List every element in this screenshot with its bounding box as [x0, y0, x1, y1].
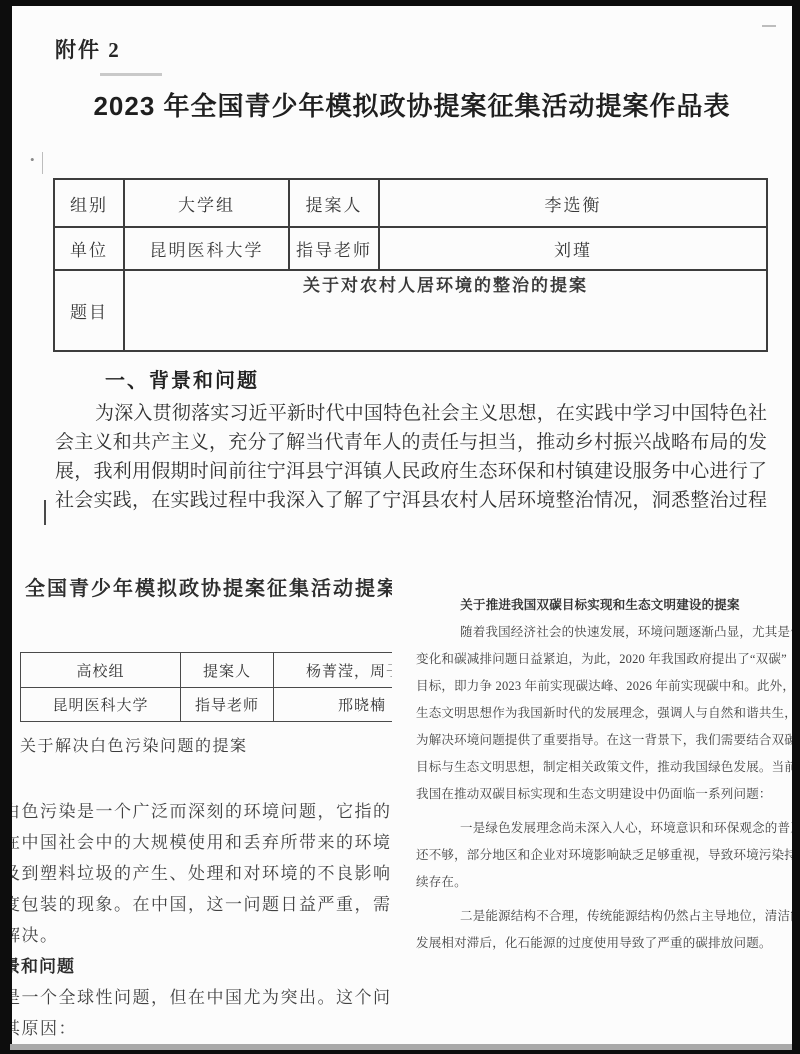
paragraph-line: 在中国社会中的大规模使用和丢弃所带来的环境: [12, 827, 392, 858]
advisor-value: 刘瑾: [379, 227, 767, 270]
paragraph-line: 其原因：: [12, 1013, 392, 1044]
paragraph-line: 会主义和共产主义，充分了解当代青年人的责任与担当，推动乡村振兴战略布局的发: [55, 428, 767, 457]
paragraph-line: 为解决环境问题提供了重要指导。在这一背景下，我们需要结合双碳: [416, 727, 784, 754]
paragraph-line: 白色污染是一个广泛而深刻的环境问题，它指的: [12, 796, 392, 827]
topic-title: 关于对农村人居环境的整治的提案: [124, 270, 767, 351]
left-document-fragment: 全国青少年模拟政协提案征集活动提案 高校组 提案人 杨菁滢，周子扬 昆明医科大学…: [12, 556, 392, 1044]
scan-artifact-dash: [100, 73, 162, 76]
paragraph-line: 社会实践，在实践过程中我深入了解了宁洱县农村人居环境整治情况，洞悉整治过程: [55, 486, 767, 515]
paragraph-line: 变化和碳减排问题日益紧迫，为此，2020 年我国政府提出了“双碳”: [416, 646, 784, 673]
paragraph-line: 还不够，部分地区和企业对环境影响缺乏足够重视，导致环境污染持: [416, 842, 784, 869]
paragraph-line: 目标与生态文明思想，制定相关政策文件，推动我国绿色发展。当前，: [416, 754, 784, 781]
paragraph-line: 续存在。: [416, 869, 784, 896]
proposal-info-table: 组别 大学组 提案人 李选衡 单位 昆明医科大学 指导老师 刘瑾 题目 关于对农…: [53, 178, 768, 352]
paragraph-line: 随着我国经济社会的快速发展，环境问题逐渐凸显，尤其是气候: [460, 619, 784, 646]
attachment-label: 附件 2: [55, 34, 121, 64]
text-cursor-artifact: [44, 500, 46, 525]
page-title: 2023 年全国青少年模拟政协提案征集活动提案作品表: [42, 86, 782, 123]
left-doc-info-table: 高校组 提案人 杨菁滢，周子扬 昆明医科大学 指导老师 邢晓楠: [20, 652, 392, 722]
right-document-fragment: 关于推进我国双碳目标实现和生态文明建设的提案 随着我国经济社会的快速发展，环境问…: [404, 556, 792, 1044]
paragraph-line: 度包装的现象。在中国，这一问题日益严重，需: [12, 889, 392, 920]
group-label: 组别: [54, 179, 124, 227]
table-row: 昆明医科大学 指导老师 邢晓楠: [21, 688, 393, 722]
scan-artifact-corner-mark: [762, 25, 776, 27]
right-doc-title: 关于推进我国双碳目标实现和生态文明建设的提案: [416, 592, 784, 619]
paragraph-line: 我国在推动双碳目标实现和生态文明建设中仍面临一系列问题：: [416, 781, 784, 808]
paragraph-line: 为深入贯彻落实习近平新时代中国特色社会主义思想，在实践中学习中国特色社: [55, 399, 767, 428]
left-doc-section-heading: 景和问题: [12, 951, 392, 982]
advisor-value: 邢晓楠: [274, 688, 393, 722]
section-heading: 一、背景和问题: [105, 364, 259, 393]
paragraph-line: 一是绿色发展理念尚未深入人心，环境意识和环保观念的普及度: [460, 815, 784, 842]
paragraph-line: 是一个全球性问题，但在中国尤为突出。这个问: [12, 982, 392, 1013]
photo-frame: • 附件 2 2023 年全国青少年模拟政协提案征集活动提案作品表 组别 大学组…: [0, 0, 800, 1054]
table-row: 高校组 提案人 杨菁滢，周子扬: [21, 653, 393, 688]
paragraph-line: 解决。: [12, 920, 392, 951]
paragraph-line: 及到塑料垃圾的产生、处理和对环境的不良影响: [12, 858, 392, 889]
unit-value: 昆明医科大学: [124, 227, 289, 270]
table-row: 单位 昆明医科大学 指导老师 刘瑾: [54, 227, 767, 270]
unit-value: 昆明医科大学: [21, 688, 181, 722]
proposer-value: 李选衡: [379, 179, 767, 227]
proposer-label: 提案人: [181, 653, 274, 688]
document-page: • 附件 2 2023 年全国青少年模拟政协提案征集活动提案作品表 组别 大学组…: [12, 6, 792, 1044]
paragraph-line: 发展相对滞后，化石能源的过度使用导致了严重的碳排放问题。: [416, 930, 784, 957]
proposer-label: 提案人: [289, 179, 379, 227]
table-row: 题目 关于对农村人居环境的整治的提案: [54, 270, 767, 351]
scan-edge-shadow: [10, 1044, 792, 1050]
paragraph-line: 展，我利用假期时间前往宁洱县宁洱镇人民政府生态环保和村镇建设服务中心进行了: [55, 457, 767, 486]
footnote-anchor-mark: •: [30, 152, 43, 174]
group-value: 高校组: [21, 653, 181, 688]
proposer-value: 杨菁滢，周子扬: [274, 653, 393, 688]
left-doc-proposal-title: 关于解决白色污染问题的提案: [20, 733, 248, 756]
paragraph-line: 目标，即力争 2023 年前实现碳达峰、2026 年前实现碳中和。此外，: [416, 673, 784, 700]
advisor-label: 指导老师: [289, 227, 379, 270]
table-row: 组别 大学组 提案人 李选衡: [54, 179, 767, 227]
left-doc-paragraph: 白色污染是一个广泛而深刻的环境问题，它指的 在中国社会中的大规模使用和丢弃所带来…: [12, 796, 392, 1044]
background-paragraph: 为深入贯彻落实习近平新时代中国特色社会主义思想，在实践中学习中国特色社 会主义和…: [55, 399, 767, 515]
paragraph-line: 生态文明思想作为我国新时代的发展理念，强调人与自然和谐共生，: [416, 700, 784, 727]
advisor-label: 指导老师: [181, 688, 274, 722]
unit-label: 单位: [54, 227, 124, 270]
topic-label: 题目: [54, 270, 124, 351]
paragraph-line: 二是能源结构不合理，传统能源结构仍然占主导地位，清洁能源: [460, 903, 784, 930]
group-value: 大学组: [124, 179, 289, 227]
left-doc-title: 全国青少年模拟政协提案征集活动提案: [25, 572, 392, 601]
